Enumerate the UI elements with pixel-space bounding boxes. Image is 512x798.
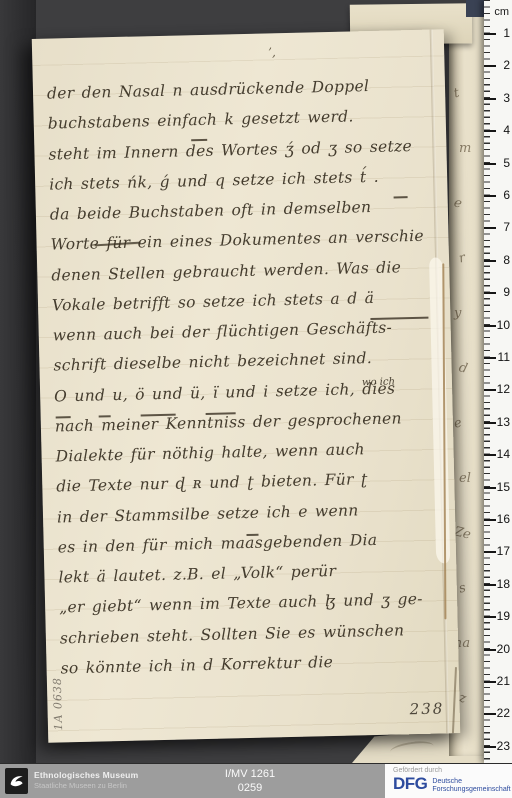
stray-ink-mark: ’‚ (268, 45, 276, 59)
scan-viewport: tmerydeelZeshaz der den Nasal n ausdrück… (0, 0, 512, 798)
manuscript-page: der den Nasal n ausdrückende Doppelbuchs… (32, 29, 460, 743)
ruler-cm-mark: 15 (484, 487, 512, 489)
archive-reference: I/MV 1261 0259 (175, 768, 325, 794)
ruler-cm-number: 7 (503, 220, 510, 234)
ruler-cm-mark: 11 (484, 357, 512, 359)
ruler-cm-mark: 3 (484, 98, 512, 100)
ruler-major-tick (484, 325, 496, 327)
ruler-cm-mark: 12 (484, 389, 512, 391)
ruler-cm-number: 13 (497, 415, 510, 429)
ruler-major-tick (484, 195, 496, 197)
ruler-major-tick (484, 649, 496, 651)
ruler-major-tick (484, 519, 496, 521)
handwriting-fragment: r (457, 250, 467, 266)
ruler-cm-mark: 7 (484, 227, 512, 229)
ruler-cm-mark: 14 (484, 454, 512, 456)
ink-underline (99, 415, 111, 417)
handwriting-fragment: e (452, 415, 463, 431)
footer-bar: Ethnologisches Museum Staatliche Museen … (0, 763, 512, 798)
interline-insertion: wo ich (362, 376, 395, 388)
ruler-cm-mark: 21 (484, 681, 512, 683)
museum-name: Ethnologisches Museum (34, 770, 138, 780)
ruler-cm-number: 9 (503, 285, 510, 299)
handwriting-fragment: d (457, 360, 469, 377)
inventory-number-pencil: 1A 0638 (50, 656, 65, 730)
ruler-major-tick (484, 389, 496, 391)
handwriting-fragment: s (457, 580, 467, 596)
ruler-major-tick (484, 584, 496, 586)
ruler-cm-mark: 9 (484, 292, 512, 294)
funded-by-label: Gefördert durch (393, 767, 442, 774)
ruler: cm 1234567891011121314151617181920212223 (484, 0, 512, 763)
ruler-cm-number: 8 (503, 253, 510, 267)
dfg-logo-row: DFG Deutsche Forschungsgemeinschaft (393, 775, 511, 794)
museum-subtitle: Staatliche Museen zu Berlin (34, 781, 138, 791)
ruler-major-tick (484, 292, 496, 294)
smb-wave-logo (5, 768, 28, 794)
ruler-cm-mark: 6 (484, 195, 512, 197)
signature-number: I/MV 1261 (175, 768, 325, 780)
dfg-name-line1: Deutsche (432, 778, 462, 785)
dfg-name-line2: Forschungsgemeinschaft (432, 786, 510, 793)
handwriting-block: der den Nasal n ausdrückende Doppelbuchs… (32, 29, 444, 39)
dfg-name: Deutsche Forschungsgemeinschaft (432, 778, 510, 794)
ruler-major-tick (484, 487, 496, 489)
ruler-major-tick (484, 422, 496, 424)
ruler-cm-number: 16 (497, 512, 510, 526)
ruler-cm-number: 21 (497, 674, 510, 688)
photo-area: tmerydeelZeshaz der den Nasal n ausdrück… (0, 0, 512, 763)
ruler-cm-number: 20 (497, 642, 510, 656)
ruler-cm-number: 22 (497, 706, 510, 720)
wave-icon (9, 773, 25, 789)
ruler-major-tick (484, 65, 496, 67)
ruler-cm-number: 18 (497, 577, 510, 591)
dfg-funding-box: Gefördert durch DFG Deutsche Forschungsg… (385, 764, 512, 798)
ruler-major-tick (484, 713, 496, 715)
ruler-cm-number: 4 (503, 123, 510, 137)
ruler-unit-label: cm (494, 6, 509, 18)
ruler-cm-mark: 5 (484, 163, 512, 165)
background-left-shadow (0, 0, 36, 763)
ink-underlines (32, 29, 444, 39)
ruler-major-tick (484, 357, 496, 359)
ruler-cm-mark: 10 (484, 325, 512, 327)
ruler-cm-mark: 20 (484, 649, 512, 651)
ruler-cm-number: 12 (497, 382, 510, 396)
handwriting-fragment: t (452, 86, 461, 102)
ruler-cm-number: 3 (503, 91, 510, 105)
ruler-cm-number: 23 (497, 739, 510, 753)
ruler-cm-number: 11 (498, 350, 510, 364)
ruler-cm-mark: 4 (484, 130, 512, 132)
ink-underline (394, 196, 408, 198)
dfg-logo: DFG (393, 775, 427, 792)
ruler-major-tick (484, 130, 496, 132)
handwriting-fragment: el (459, 471, 471, 486)
handwriting-fragment: e (452, 195, 463, 211)
ruler-cm-mark: 2 (484, 65, 512, 67)
ruler-cm-number: 1 (503, 26, 510, 40)
ruler-major-tick (484, 616, 496, 618)
ruler-cm-mark: 1 (484, 33, 512, 35)
ruler-major-tick (484, 746, 496, 748)
ruler-major-tick (484, 227, 496, 229)
ruler-cm-number: 5 (503, 156, 510, 170)
ruler-cm-mark: 22 (484, 713, 512, 715)
ruler-cm-mark: 19 (484, 616, 512, 618)
ruler-cm-number: 14 (497, 447, 510, 461)
ruler-cm-mark: 16 (484, 519, 512, 521)
footer-gray-band: Ethnologisches Museum Staatliche Museen … (0, 764, 385, 798)
ruler-cm-number: 2 (503, 58, 510, 72)
ruler-cm-mark: 13 (484, 422, 512, 424)
ruler-major-tick (484, 163, 496, 165)
ruler-cm-number: 17 (497, 544, 510, 558)
scan-page-number: 0259 (175, 782, 325, 794)
ruler-major-tick (484, 551, 496, 553)
ruler-cm-number: 19 (497, 609, 510, 623)
ruler-major-tick (484, 454, 496, 456)
ruler-cm-mark: 17 (484, 551, 512, 553)
ruler-cm-mark: 8 (484, 260, 512, 262)
ink-underline (246, 534, 258, 536)
handwriting-fragment: y (454, 306, 461, 321)
ruler-major-tick (484, 33, 496, 35)
museum-label: Ethnologisches Museum Staatliche Museen … (34, 770, 138, 791)
ruler-major-tick (484, 98, 496, 100)
handwriting-fragment: m (459, 141, 471, 156)
ruler-cm-mark: 18 (484, 584, 512, 586)
ruler-cm-number: 6 (503, 188, 510, 202)
ruler-major-tick (484, 260, 496, 262)
ruler-cm-number: 10 (497, 318, 510, 332)
folio-number-pencil: 238 (409, 699, 444, 718)
ruler-major-tick (484, 681, 496, 683)
ruler-cm-number: 15 (497, 480, 510, 494)
ruler-cm-mark: 23 (484, 746, 512, 748)
